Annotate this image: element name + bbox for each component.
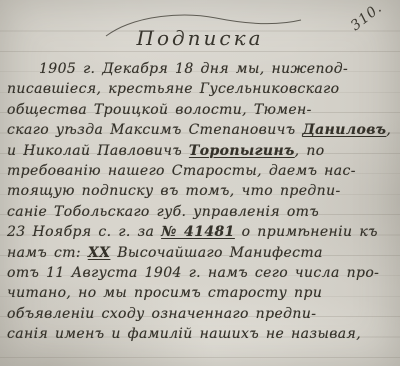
handwritten-line: требованію нашего Старосты, даемъ нас- [7,161,398,181]
handwritten-text-block: 1905 г. Декабря 18 дня мы, нижепод- писа… [7,59,398,344]
surname-toropygin: Торопыгинъ [189,143,295,159]
text-segment: , по [295,143,325,159]
title-wrap: Подписка [0,26,400,50]
text-segment: объявленіи сходу означеннаго предпи- [7,306,316,322]
handwritten-line: писавшіеся, крестьяне Гусельниковскаго [7,79,398,99]
text-segment: санія именъ и фамилій нашихъ не называя, [7,326,361,342]
text-segment: саніе Тобольскаго губ. управленія отъ [7,204,319,220]
text-segment: требованію нашего Старосты, даемъ нас- [7,163,356,179]
handwritten-line: скаго уѣзда Максимъ Степановичъ Даниловъ… [7,120,398,140]
handwritten-line: 23 Ноября с. г. за № 41481 о примѣненіи … [7,222,398,242]
handwritten-line: тоящую подписку въ томъ, что предпи- [7,181,398,201]
handwritten-line: саніе Тобольскаго губ. управленія отъ [7,202,398,222]
text-segment: о примѣненіи къ [235,224,378,240]
handwritten-line: санія именъ и фамилій нашихъ не называя, [7,324,398,344]
handwritten-line: общества Троицкой волости, Тюмен- [7,100,398,120]
text-segment: 23 Ноября с. г. за [7,224,161,240]
handwritten-line: и Николай Павловичъ Торопыгинъ, по [7,141,398,161]
text-segment: намъ ст: [7,245,88,261]
handwritten-line: 1905 г. Декабря 18 дня мы, нижепод- [7,59,398,79]
scanned-document-page: 310. Подписка 1905 г. Декабря 18 дня мы,… [0,0,400,366]
text-segment: писавшіеся, крестьяне Гусельниковскаго [7,81,339,97]
text-segment: Высочайшаго Манифеста [110,245,322,261]
text-segment: читано, но мы просимъ старосту при [7,285,322,301]
text-segment: тоящую подписку въ томъ, что предпи- [7,183,341,199]
handwritten-line: читано, но мы просимъ старосту при [7,283,398,303]
handwritten-line: намъ ст: XX Высочайшаго Манифеста [7,243,398,263]
document-title: Подписка [137,26,264,50]
text-segment: и Николай Павловичъ [7,143,189,159]
text-segment: отъ 11 Августа 1904 г. намъ сего числа п… [7,265,379,281]
handwritten-line: объявленіи сходу означеннаго предпи- [7,304,398,324]
text-segment: , [386,122,391,138]
text-segment: скаго уѣзда Максимъ Степановичъ [7,122,302,138]
text-segment: общества Троицкой волости, Тюмен- [7,102,312,118]
text-segment: 1905 г. Декабря 18 дня мы, нижепод- [39,61,348,77]
document-number: № 41481 [161,224,235,240]
handwritten-line: отъ 11 Августа 1904 г. намъ сего числа п… [7,263,398,283]
surname-danilov: Даниловъ [302,122,386,138]
manifest-article-number: XX [88,245,111,261]
